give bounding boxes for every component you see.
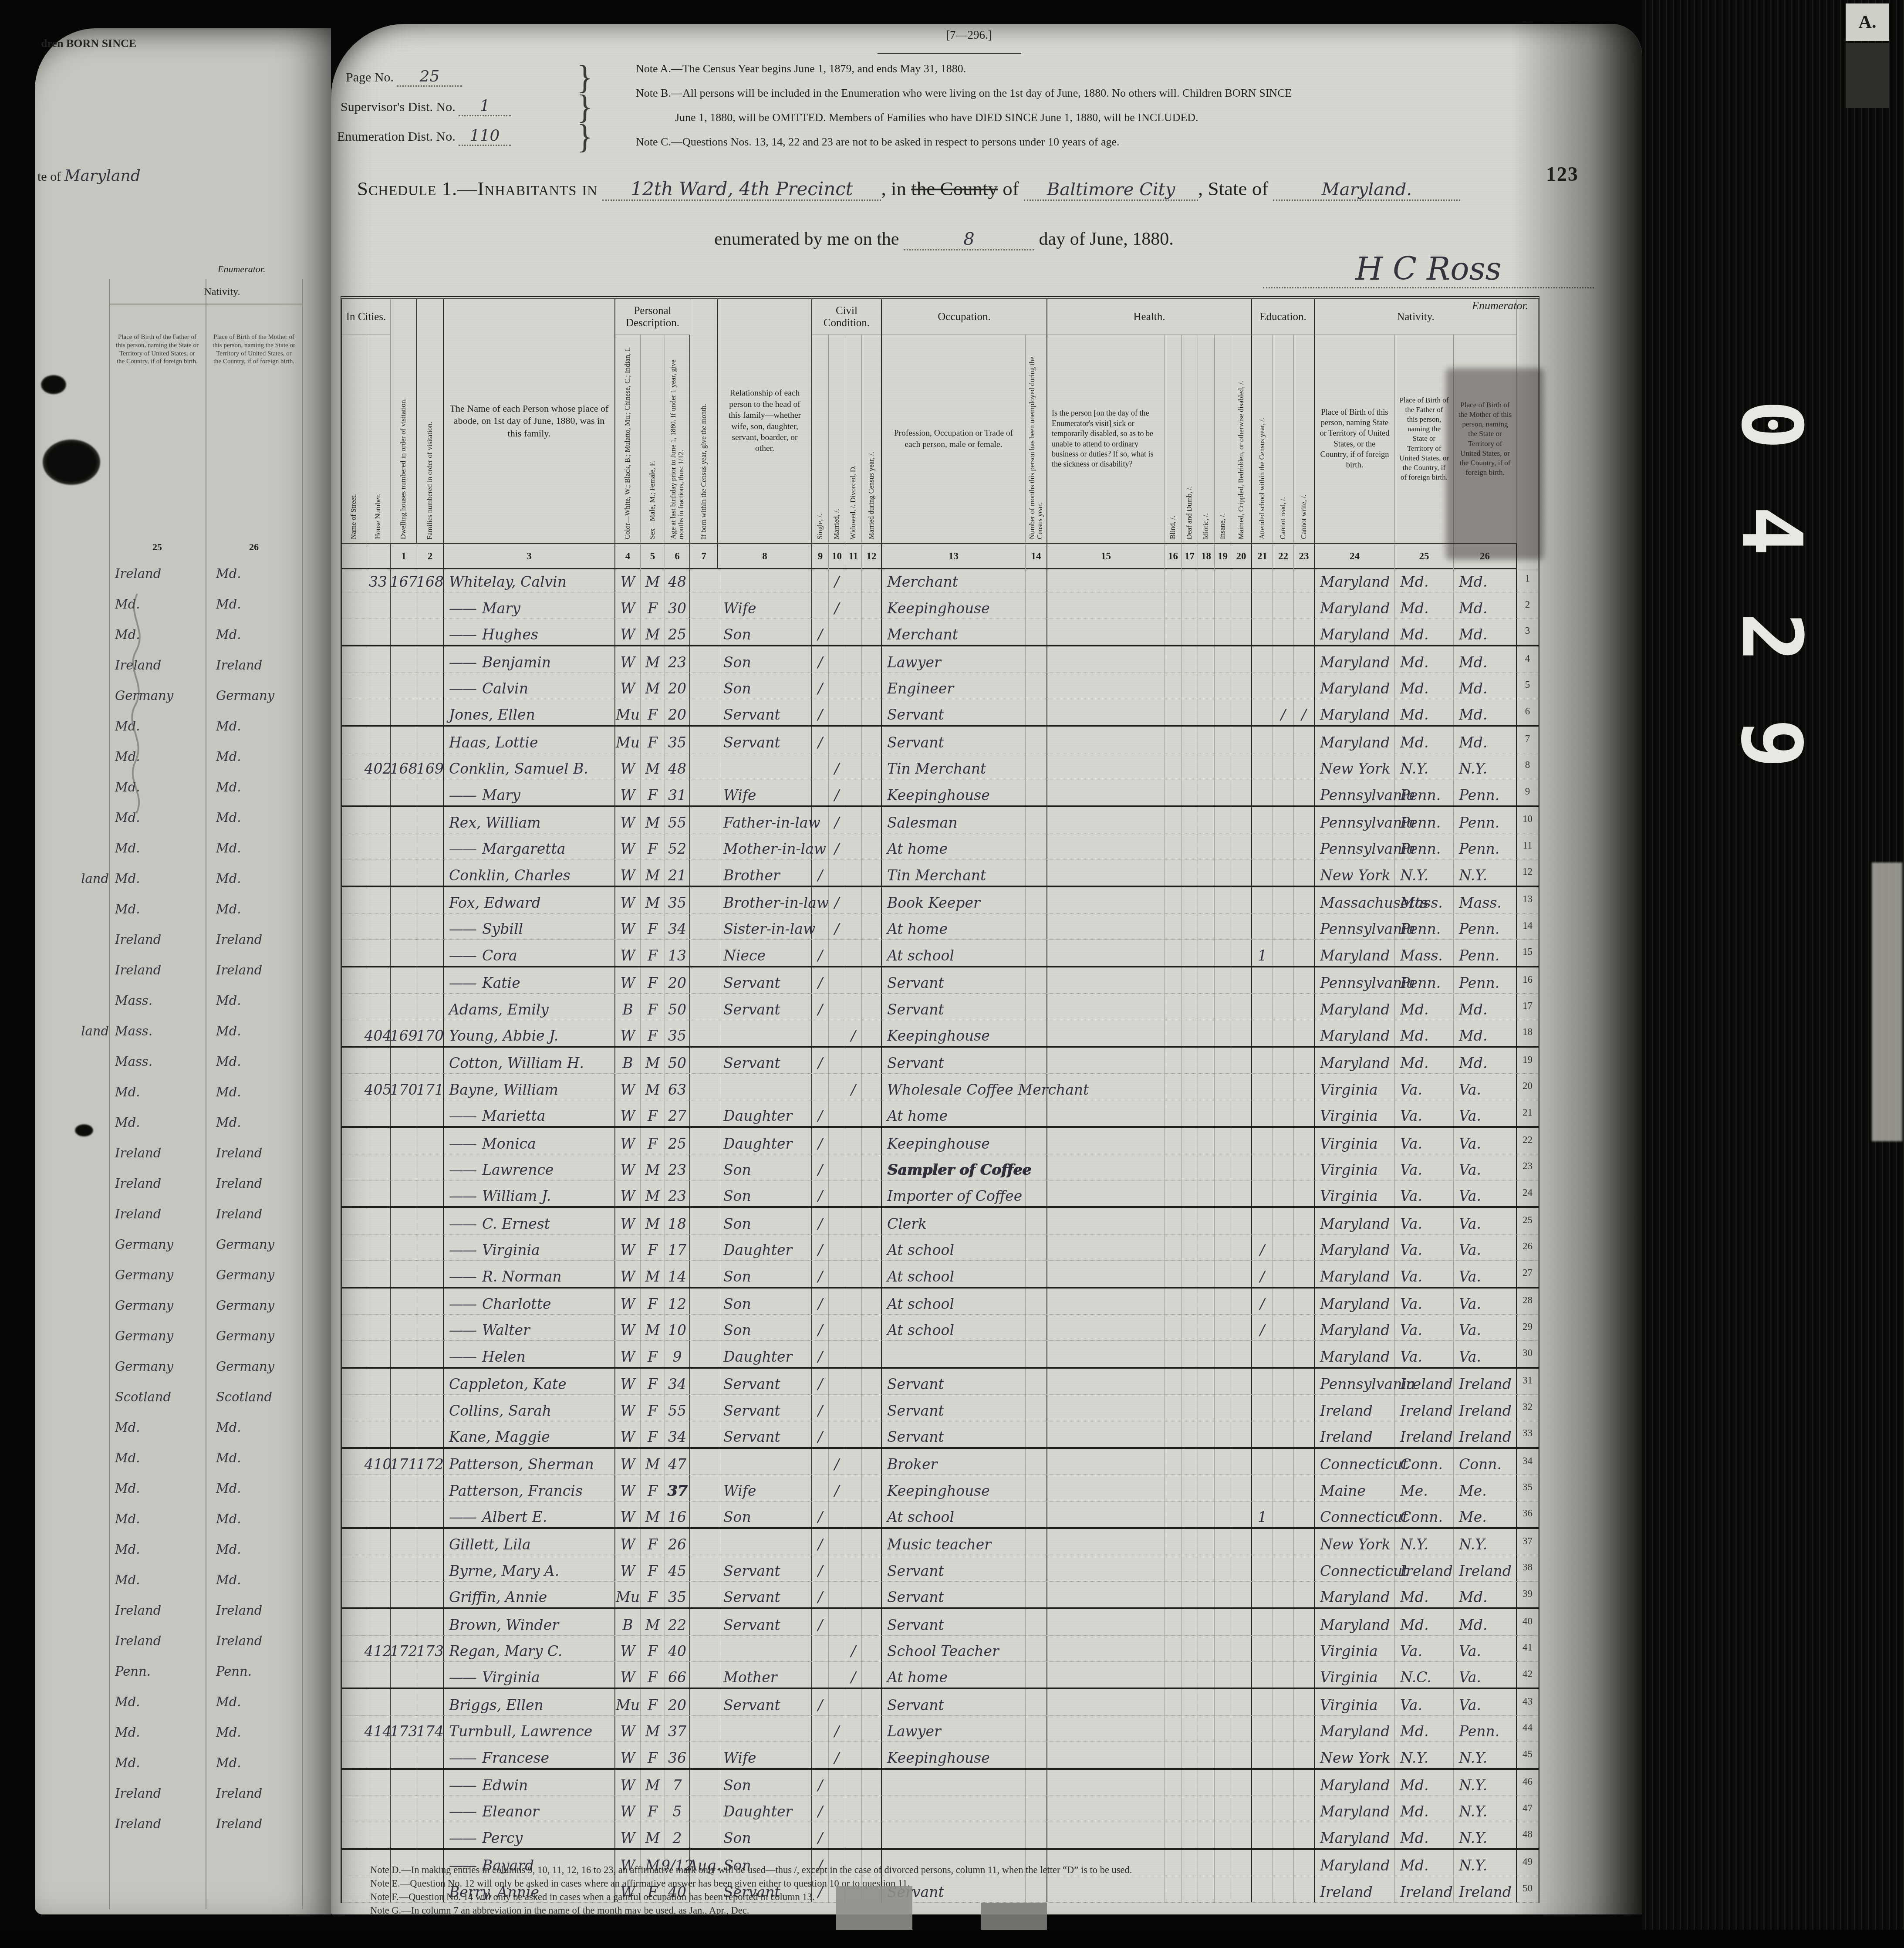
cell — [1182, 1289, 1198, 1314]
cell: 402 — [366, 753, 391, 779]
cell — [35, 1237, 109, 1252]
cell — [690, 753, 718, 779]
cell: Servant — [882, 727, 1026, 752]
cell — [1047, 727, 1165, 752]
cell: Me. — [1395, 1475, 1454, 1501]
cell — [1273, 1609, 1294, 1635]
cell — [35, 627, 109, 642]
cell — [1273, 1421, 1294, 1447]
cell: Mass. — [109, 1024, 211, 1038]
table-row: 405170171Bayne, WilliamWM63/Wholesale Co… — [342, 1074, 1539, 1100]
cell: Ireland — [211, 1207, 307, 1221]
cell: 31 — [665, 779, 690, 805]
col23-cannot-write-label: Cannot write, /. — [1294, 335, 1315, 543]
table-header: In Cities. Dwelling houses numbered in o… — [341, 296, 1539, 569]
cell — [1165, 1502, 1182, 1527]
cell — [1294, 1369, 1315, 1394]
cell — [1231, 1529, 1252, 1555]
cell — [690, 592, 718, 618]
cell — [1026, 887, 1047, 913]
cell — [1231, 967, 1252, 993]
cell — [829, 1289, 845, 1314]
cell — [1273, 1449, 1294, 1475]
cell: / — [812, 1154, 829, 1180]
cell — [1231, 940, 1252, 965]
cell: Md. — [109, 1755, 211, 1770]
cell — [862, 699, 882, 725]
cell: W — [615, 1261, 641, 1286]
cell — [1047, 1234, 1165, 1260]
cell — [1273, 753, 1294, 779]
cell — [862, 727, 882, 752]
cell — [845, 727, 862, 752]
cell: Md. — [211, 1755, 307, 1770]
cell — [1273, 1582, 1294, 1607]
table-row: Conklin, CharlesWM21Brother/Tin Merchant… — [342, 859, 1539, 887]
cell — [1026, 1796, 1047, 1822]
col17-deaf-label: Deaf and Dumb, /. — [1182, 335, 1198, 543]
cell — [391, 1154, 417, 1180]
cell: 52 — [665, 833, 690, 859]
cell — [1198, 833, 1215, 859]
cell: W — [615, 1716, 641, 1742]
left-page-row: Md.Md. — [35, 719, 307, 734]
cell — [845, 1796, 862, 1822]
cell — [35, 1786, 109, 1801]
enumeration-line: Enumeration Dist. No. 110 } — [337, 127, 511, 146]
col18-idiotic-label: Idiotic, /. — [1198, 335, 1215, 543]
cell — [1182, 566, 1198, 592]
cell: Va. — [1395, 1154, 1454, 1180]
cell — [1198, 753, 1215, 779]
cell — [690, 913, 718, 939]
cell: W — [615, 1662, 641, 1688]
cell: Broker — [882, 1449, 1026, 1475]
cell: F — [641, 1742, 665, 1768]
cell: 412 — [366, 1636, 391, 1661]
cell: Mass. — [109, 1054, 211, 1069]
cell — [1252, 1154, 1273, 1180]
enumerated-suffix: day of June, 1880. — [1039, 229, 1174, 249]
cell — [1182, 1689, 1198, 1715]
cell — [417, 1315, 444, 1340]
cell — [845, 1154, 862, 1180]
table-row: Briggs, EllenMuF20Servant/ServantVirgini… — [342, 1689, 1539, 1715]
table-row: 414173174Turnbull, LawrenceWM37/LawyerMa… — [342, 1716, 1539, 1742]
cell — [1182, 1636, 1198, 1661]
col1-dwelling-label: Dwelling houses numbered in order of vis… — [391, 299, 417, 543]
cell — [1047, 1421, 1165, 1447]
col13-occupation-label: Profession, Occupation or Trade of each … — [882, 335, 1026, 543]
cell — [1182, 1074, 1198, 1099]
cell — [1182, 1369, 1198, 1394]
cell — [1215, 699, 1231, 725]
note-b2: June 1, 1880, will be OMITTED. Members o… — [675, 110, 1590, 125]
cell: N.Y. — [1454, 1529, 1517, 1555]
cell: Merchant — [882, 619, 1026, 645]
line-number: 28 — [1517, 1289, 1539, 1314]
cell — [862, 1796, 882, 1822]
cell — [690, 1689, 718, 1715]
line-number: 46 — [1517, 1770, 1539, 1796]
cell — [829, 1609, 845, 1635]
cell: Gillett, Lila — [444, 1529, 615, 1555]
cell — [342, 1850, 366, 1876]
cell: / — [1252, 1261, 1273, 1286]
cell — [1047, 1475, 1165, 1501]
group-education: Education. — [1252, 299, 1315, 335]
cell: 34 — [665, 1369, 690, 1394]
cell: Md. — [211, 841, 307, 856]
cell — [417, 646, 444, 672]
left-page-row: Md.Md. — [35, 841, 307, 856]
table-row: Jones, EllenMuF20Servant/Servant//Maryla… — [342, 699, 1539, 727]
cell — [862, 940, 882, 965]
cell — [829, 1020, 845, 1046]
cell — [829, 1582, 845, 1607]
cell: Md. — [109, 871, 211, 886]
cell: 20 — [665, 699, 690, 725]
cell — [1294, 1341, 1315, 1366]
cell — [35, 1207, 109, 1221]
cell — [1231, 592, 1252, 618]
cell — [1252, 673, 1273, 699]
cell — [829, 1100, 845, 1126]
cell: / — [812, 619, 829, 645]
cell: Conklin, Samuel B. — [444, 753, 615, 779]
cell: / — [845, 1020, 862, 1046]
cell: Servant — [718, 1582, 812, 1607]
cell: W — [615, 1529, 641, 1555]
cell — [862, 1502, 882, 1527]
cell — [417, 967, 444, 993]
cell — [1165, 1395, 1182, 1420]
table-row: 410171172Patterson, ShermanWM47/BrokerCo… — [342, 1449, 1539, 1475]
cell — [1047, 1770, 1165, 1796]
cell — [690, 1662, 718, 1688]
cell — [1294, 913, 1315, 939]
cell: ——Percy — [444, 1822, 615, 1848]
cell: M — [641, 1502, 665, 1527]
cell — [1198, 1315, 1215, 1340]
cell — [1273, 1716, 1294, 1742]
table-row: ——VirginiaWF17Daughter/At school/Marylan… — [342, 1234, 1539, 1261]
cell: ——Lawrence — [444, 1154, 615, 1180]
cell — [690, 1716, 718, 1742]
cell — [690, 1234, 718, 1260]
cell — [718, 566, 812, 592]
cell — [417, 1502, 444, 1527]
line-number: 31 — [1517, 1369, 1539, 1394]
cell — [366, 940, 391, 965]
cell — [342, 1502, 366, 1527]
cell — [1294, 1100, 1315, 1126]
cell — [35, 566, 109, 581]
table-row: Adams, EmilyBF50Servant/ServantMarylandM… — [342, 994, 1539, 1020]
brace: } — [577, 117, 593, 156]
cell — [1047, 1742, 1165, 1768]
cell: 14 — [665, 1261, 690, 1286]
line-number: 2 — [1517, 592, 1539, 618]
cell: Md. — [109, 841, 211, 856]
cell — [391, 833, 417, 859]
cell: Adams, Emily — [444, 994, 615, 1019]
cell — [417, 940, 444, 965]
cell — [1165, 859, 1182, 885]
cell — [882, 1796, 1026, 1822]
cell: Mass. — [109, 993, 211, 1008]
cell: Md. — [109, 1481, 211, 1496]
cell — [1047, 1100, 1165, 1126]
cell — [1273, 1369, 1294, 1394]
cell — [1182, 699, 1198, 725]
cell: Clerk — [882, 1208, 1026, 1234]
cell — [1294, 727, 1315, 752]
cell: Son — [718, 1289, 812, 1314]
cell: W — [615, 887, 641, 913]
cell: 1 — [1252, 940, 1273, 965]
cell — [1047, 1315, 1165, 1340]
cell: Md. — [211, 1420, 307, 1435]
cell: W — [615, 1475, 641, 1501]
cell: / — [812, 1180, 829, 1206]
cell — [1182, 1475, 1198, 1501]
cell — [1231, 1582, 1252, 1607]
cell — [812, 807, 829, 833]
cell — [718, 1529, 812, 1555]
cell: Va. — [1395, 1128, 1454, 1153]
state-label: , State of — [1198, 178, 1268, 200]
cell: M — [641, 1048, 665, 1073]
cell: Penn. — [1454, 913, 1517, 939]
cell: Patterson, Sherman — [444, 1449, 615, 1475]
cell — [1215, 1289, 1231, 1314]
cell — [1273, 859, 1294, 885]
cell — [1198, 1475, 1215, 1501]
line-number: 25 — [1517, 1208, 1539, 1234]
cell: W — [615, 940, 641, 965]
cell: 50 — [665, 994, 690, 1019]
cell — [1182, 1796, 1198, 1822]
table-row: ——MaryWF30Wife/KeepinghouseMarylandMd.Md… — [342, 592, 1539, 619]
cell: Maryland — [1315, 994, 1395, 1019]
cell — [1182, 592, 1198, 618]
cell — [862, 1770, 882, 1796]
cell: W — [615, 753, 641, 779]
cell — [862, 1154, 882, 1180]
cell — [1231, 1609, 1252, 1635]
cell: Whitelay, Calvin — [444, 566, 615, 592]
cell — [35, 1755, 109, 1770]
cell — [417, 1128, 444, 1153]
cell: W — [615, 1555, 641, 1581]
cell — [1047, 1369, 1165, 1394]
cell: Lawyer — [882, 1716, 1026, 1742]
cell — [1231, 1128, 1252, 1153]
cell — [1273, 1315, 1294, 1340]
cell: Md. — [1454, 592, 1517, 618]
line-number: 13 — [1517, 887, 1539, 913]
cell — [1215, 1180, 1231, 1206]
column-number: 2 — [417, 543, 444, 569]
cell — [1294, 1636, 1315, 1661]
cell: Virginia — [1315, 1128, 1395, 1153]
cell: Virginia — [1315, 1074, 1395, 1099]
cell: Va. — [1395, 1074, 1454, 1099]
cell: / — [812, 1609, 829, 1635]
cell: / — [812, 1395, 829, 1420]
cell — [391, 1555, 417, 1581]
cell: F — [641, 1369, 665, 1394]
line-number: 45 — [1517, 1742, 1539, 1768]
cell — [366, 1689, 391, 1715]
col2-family-label: Families numbered in order of visitation… — [417, 299, 444, 543]
column-number: 15 — [1047, 543, 1165, 569]
cell: F — [641, 1662, 665, 1688]
cell — [829, 1555, 845, 1581]
cell: / — [829, 592, 845, 618]
group-nativity: Nativity. — [1315, 299, 1517, 335]
cell: Maryland — [1315, 619, 1395, 645]
cell: 48 — [665, 753, 690, 779]
cell: W — [615, 779, 641, 805]
left-page-row: GermanyGermany — [35, 1237, 307, 1252]
cell — [1165, 1048, 1182, 1073]
cell — [845, 807, 862, 833]
cell — [690, 727, 718, 752]
cell: / — [829, 1742, 845, 1768]
left-page-row: Penn.Penn. — [35, 1664, 307, 1679]
cell: F — [641, 1100, 665, 1126]
line-number: 23 — [1517, 1154, 1539, 1180]
cell — [1294, 1555, 1315, 1581]
cell — [1252, 1128, 1273, 1153]
cell — [862, 1662, 882, 1688]
cell — [35, 780, 109, 795]
cell: Md. — [1395, 592, 1454, 618]
cell — [1026, 1395, 1047, 1420]
cell: Pennsylvania — [1315, 967, 1395, 993]
cell — [1198, 1234, 1215, 1260]
line-number: 12 — [1517, 859, 1539, 885]
ink-blot — [75, 1124, 93, 1136]
cell: 16 — [665, 1502, 690, 1527]
cell: W — [615, 1180, 641, 1206]
cell — [1273, 673, 1294, 699]
cell: ——Marietta — [444, 1100, 615, 1126]
cell — [35, 1694, 109, 1709]
cell: At school — [882, 1289, 1026, 1314]
cell — [342, 699, 366, 725]
cell — [845, 1449, 862, 1475]
cell — [1026, 1369, 1047, 1394]
cell: Wife — [718, 779, 812, 805]
cell — [862, 646, 882, 672]
cell — [1273, 887, 1294, 913]
cell — [1215, 1662, 1231, 1688]
cell: 48 — [665, 566, 690, 592]
cell: Md. — [1395, 1582, 1454, 1607]
cell — [1165, 566, 1182, 592]
cell — [1182, 1048, 1198, 1073]
cell — [862, 967, 882, 993]
cell — [862, 1636, 882, 1661]
cell — [1252, 994, 1273, 1019]
cell: At school — [882, 1502, 1026, 1527]
cell — [1273, 1261, 1294, 1286]
column-number: 4 — [615, 543, 641, 569]
cell — [342, 1128, 366, 1153]
cell — [417, 1208, 444, 1234]
cell: Maryland — [1315, 1315, 1395, 1340]
cell — [1215, 1234, 1231, 1260]
line-number: 44 — [1517, 1716, 1539, 1742]
cell — [1215, 1154, 1231, 1180]
cell: Cappleton, Kate — [444, 1369, 615, 1394]
cell: / — [812, 699, 829, 725]
cell — [1215, 1636, 1231, 1661]
cell: 410 — [366, 1449, 391, 1475]
cell: Va. — [1395, 1341, 1454, 1366]
cell — [1215, 753, 1231, 779]
cell: Ireland — [109, 1146, 211, 1160]
cell — [417, 1689, 444, 1715]
cell — [366, 699, 391, 725]
cell: Conn. — [1395, 1502, 1454, 1527]
cell: F — [641, 1234, 665, 1260]
cell: Va. — [1454, 1180, 1517, 1206]
cell: Va. — [1395, 1636, 1454, 1661]
line-number: 43 — [1517, 1689, 1539, 1715]
cell: Conklin, Charles — [444, 859, 615, 885]
cell — [690, 833, 718, 859]
cell — [1165, 1716, 1182, 1742]
cell: Md. — [1395, 646, 1454, 672]
cell: Tin Merchant — [882, 859, 1026, 885]
cell — [862, 1048, 882, 1073]
cell — [35, 1573, 109, 1587]
cell: 168 — [417, 566, 444, 592]
cell — [862, 673, 882, 699]
cell — [342, 1341, 366, 1366]
cell: Keepinghouse — [882, 1475, 1026, 1501]
cell — [342, 1020, 366, 1046]
line-number: 3 — [1517, 619, 1539, 645]
cell — [1294, 1315, 1315, 1340]
cell — [1198, 592, 1215, 618]
col24-birthplace-label: Place of Birth of this person, naming St… — [1315, 335, 1395, 543]
cell — [1182, 1822, 1198, 1848]
col3-name-label: The Name of each Person whose place of a… — [444, 299, 615, 543]
corner-dark-patch — [1846, 43, 1889, 108]
cell — [1026, 1475, 1047, 1501]
cell: Md. — [109, 902, 211, 917]
cell — [1252, 566, 1273, 592]
cell — [1026, 1154, 1047, 1180]
cell: W — [615, 1208, 641, 1234]
cell — [690, 1369, 718, 1394]
cell — [1198, 859, 1215, 885]
cell: ——Mary — [444, 779, 615, 805]
cell — [812, 913, 829, 939]
column-number: 14 — [1026, 543, 1047, 569]
table-row: Cappleton, KateWF34Servant/ServantPennsy… — [342, 1369, 1539, 1395]
cell: Md. — [1395, 699, 1454, 725]
cell — [690, 1582, 718, 1607]
cell — [829, 1074, 845, 1099]
cell — [1252, 727, 1273, 752]
cell — [845, 1822, 862, 1848]
